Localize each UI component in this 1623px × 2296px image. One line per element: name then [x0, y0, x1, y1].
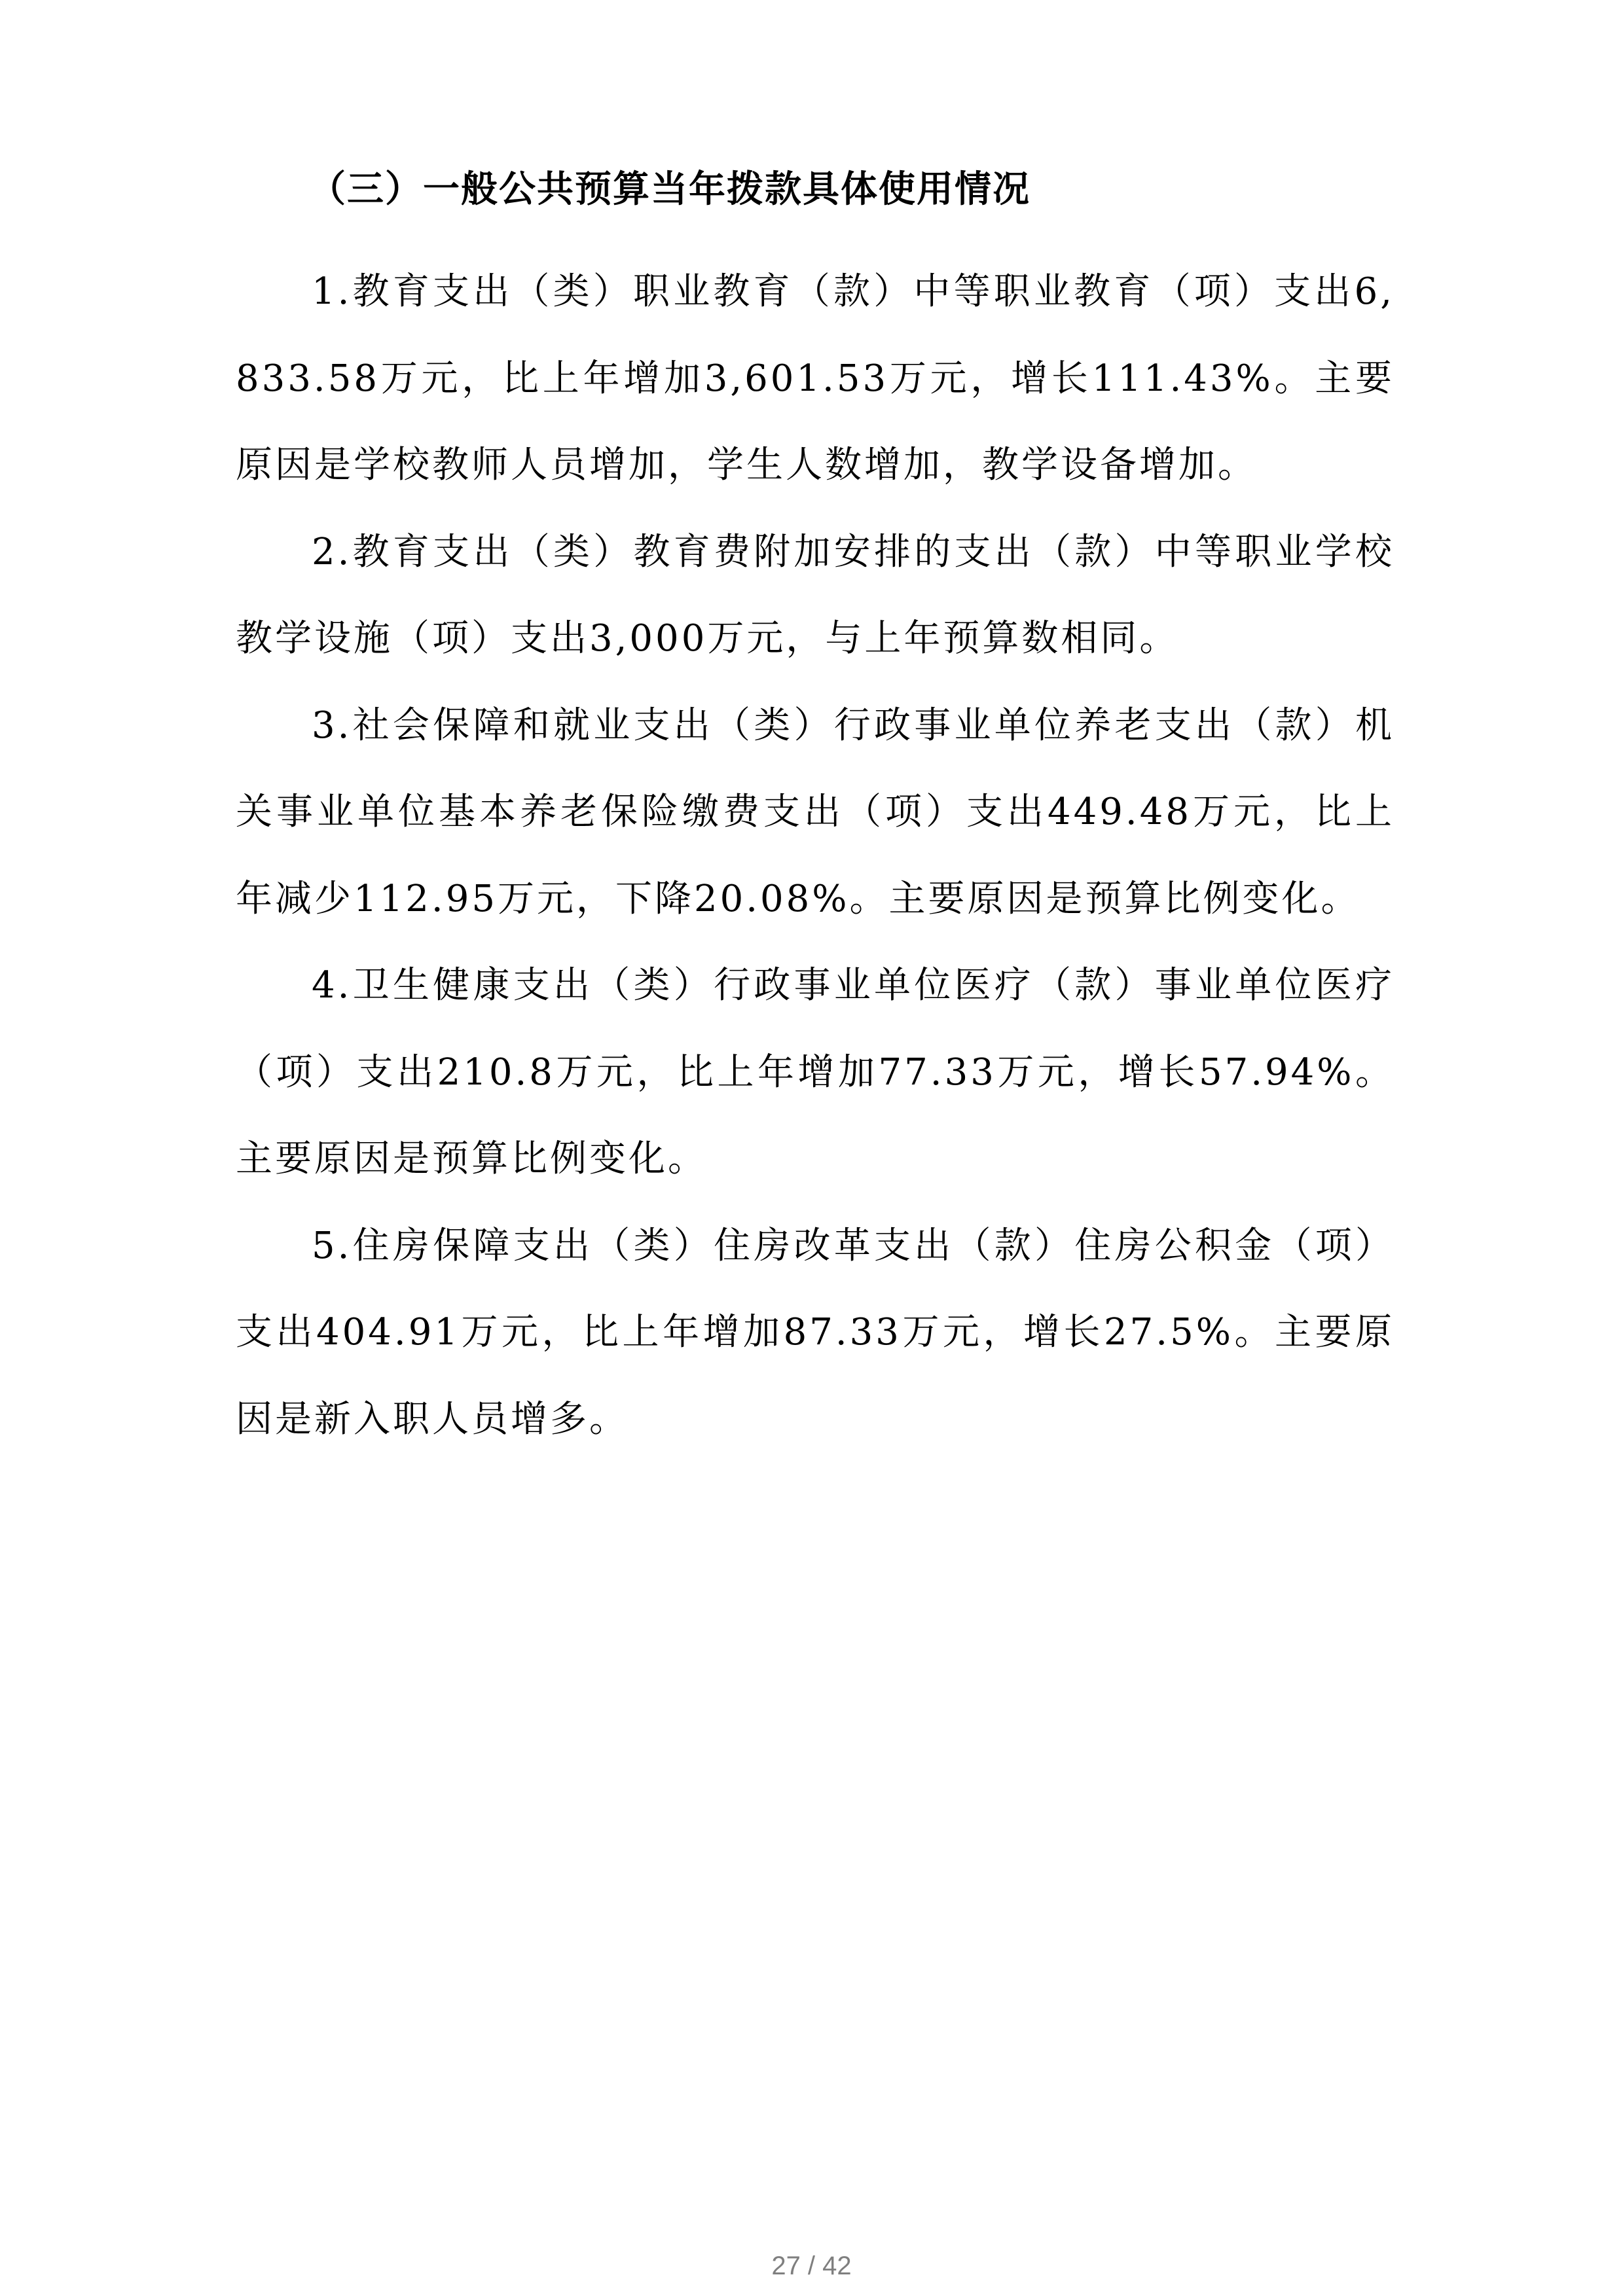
paragraph-4: 4.卫生健康支出（类）行政事业单位医疗（款）事业单位医疗（项）支出210.8万元… — [236, 942, 1395, 1203]
document-page: （三）一般公共预算当年拨款具体使用情况 1.教育支出（类）职业教育（款）中等职业… — [0, 0, 1623, 2296]
paragraph-2: 2.教育支出（类）教育费附加安排的支出（款）中等职业学校教学设施（项）支出3,0… — [236, 509, 1395, 683]
paragraph-1: 1.教育支出（类）职业教育（款）中等职业教育（项）支出6,833.58万元，比上… — [236, 249, 1395, 509]
body-text: 1.教育支出（类）职业教育（款）中等职业教育（项）支出6,833.58万元，比上… — [236, 249, 1395, 1463]
paragraph-5: 5.住房保障支出（类）住房改革支出（款）住房公积金（项）支出404.91万元，比… — [236, 1203, 1395, 1463]
section-heading: （三）一般公共预算当年拨款具体使用情况 — [309, 164, 1030, 216]
page-indicator: 27 / 42 — [0, 2250, 1623, 2282]
paragraph-3: 3.社会保障和就业支出（类）行政事业单位养老支出（款）机关事业单位基本养老保险缴… — [236, 683, 1395, 943]
